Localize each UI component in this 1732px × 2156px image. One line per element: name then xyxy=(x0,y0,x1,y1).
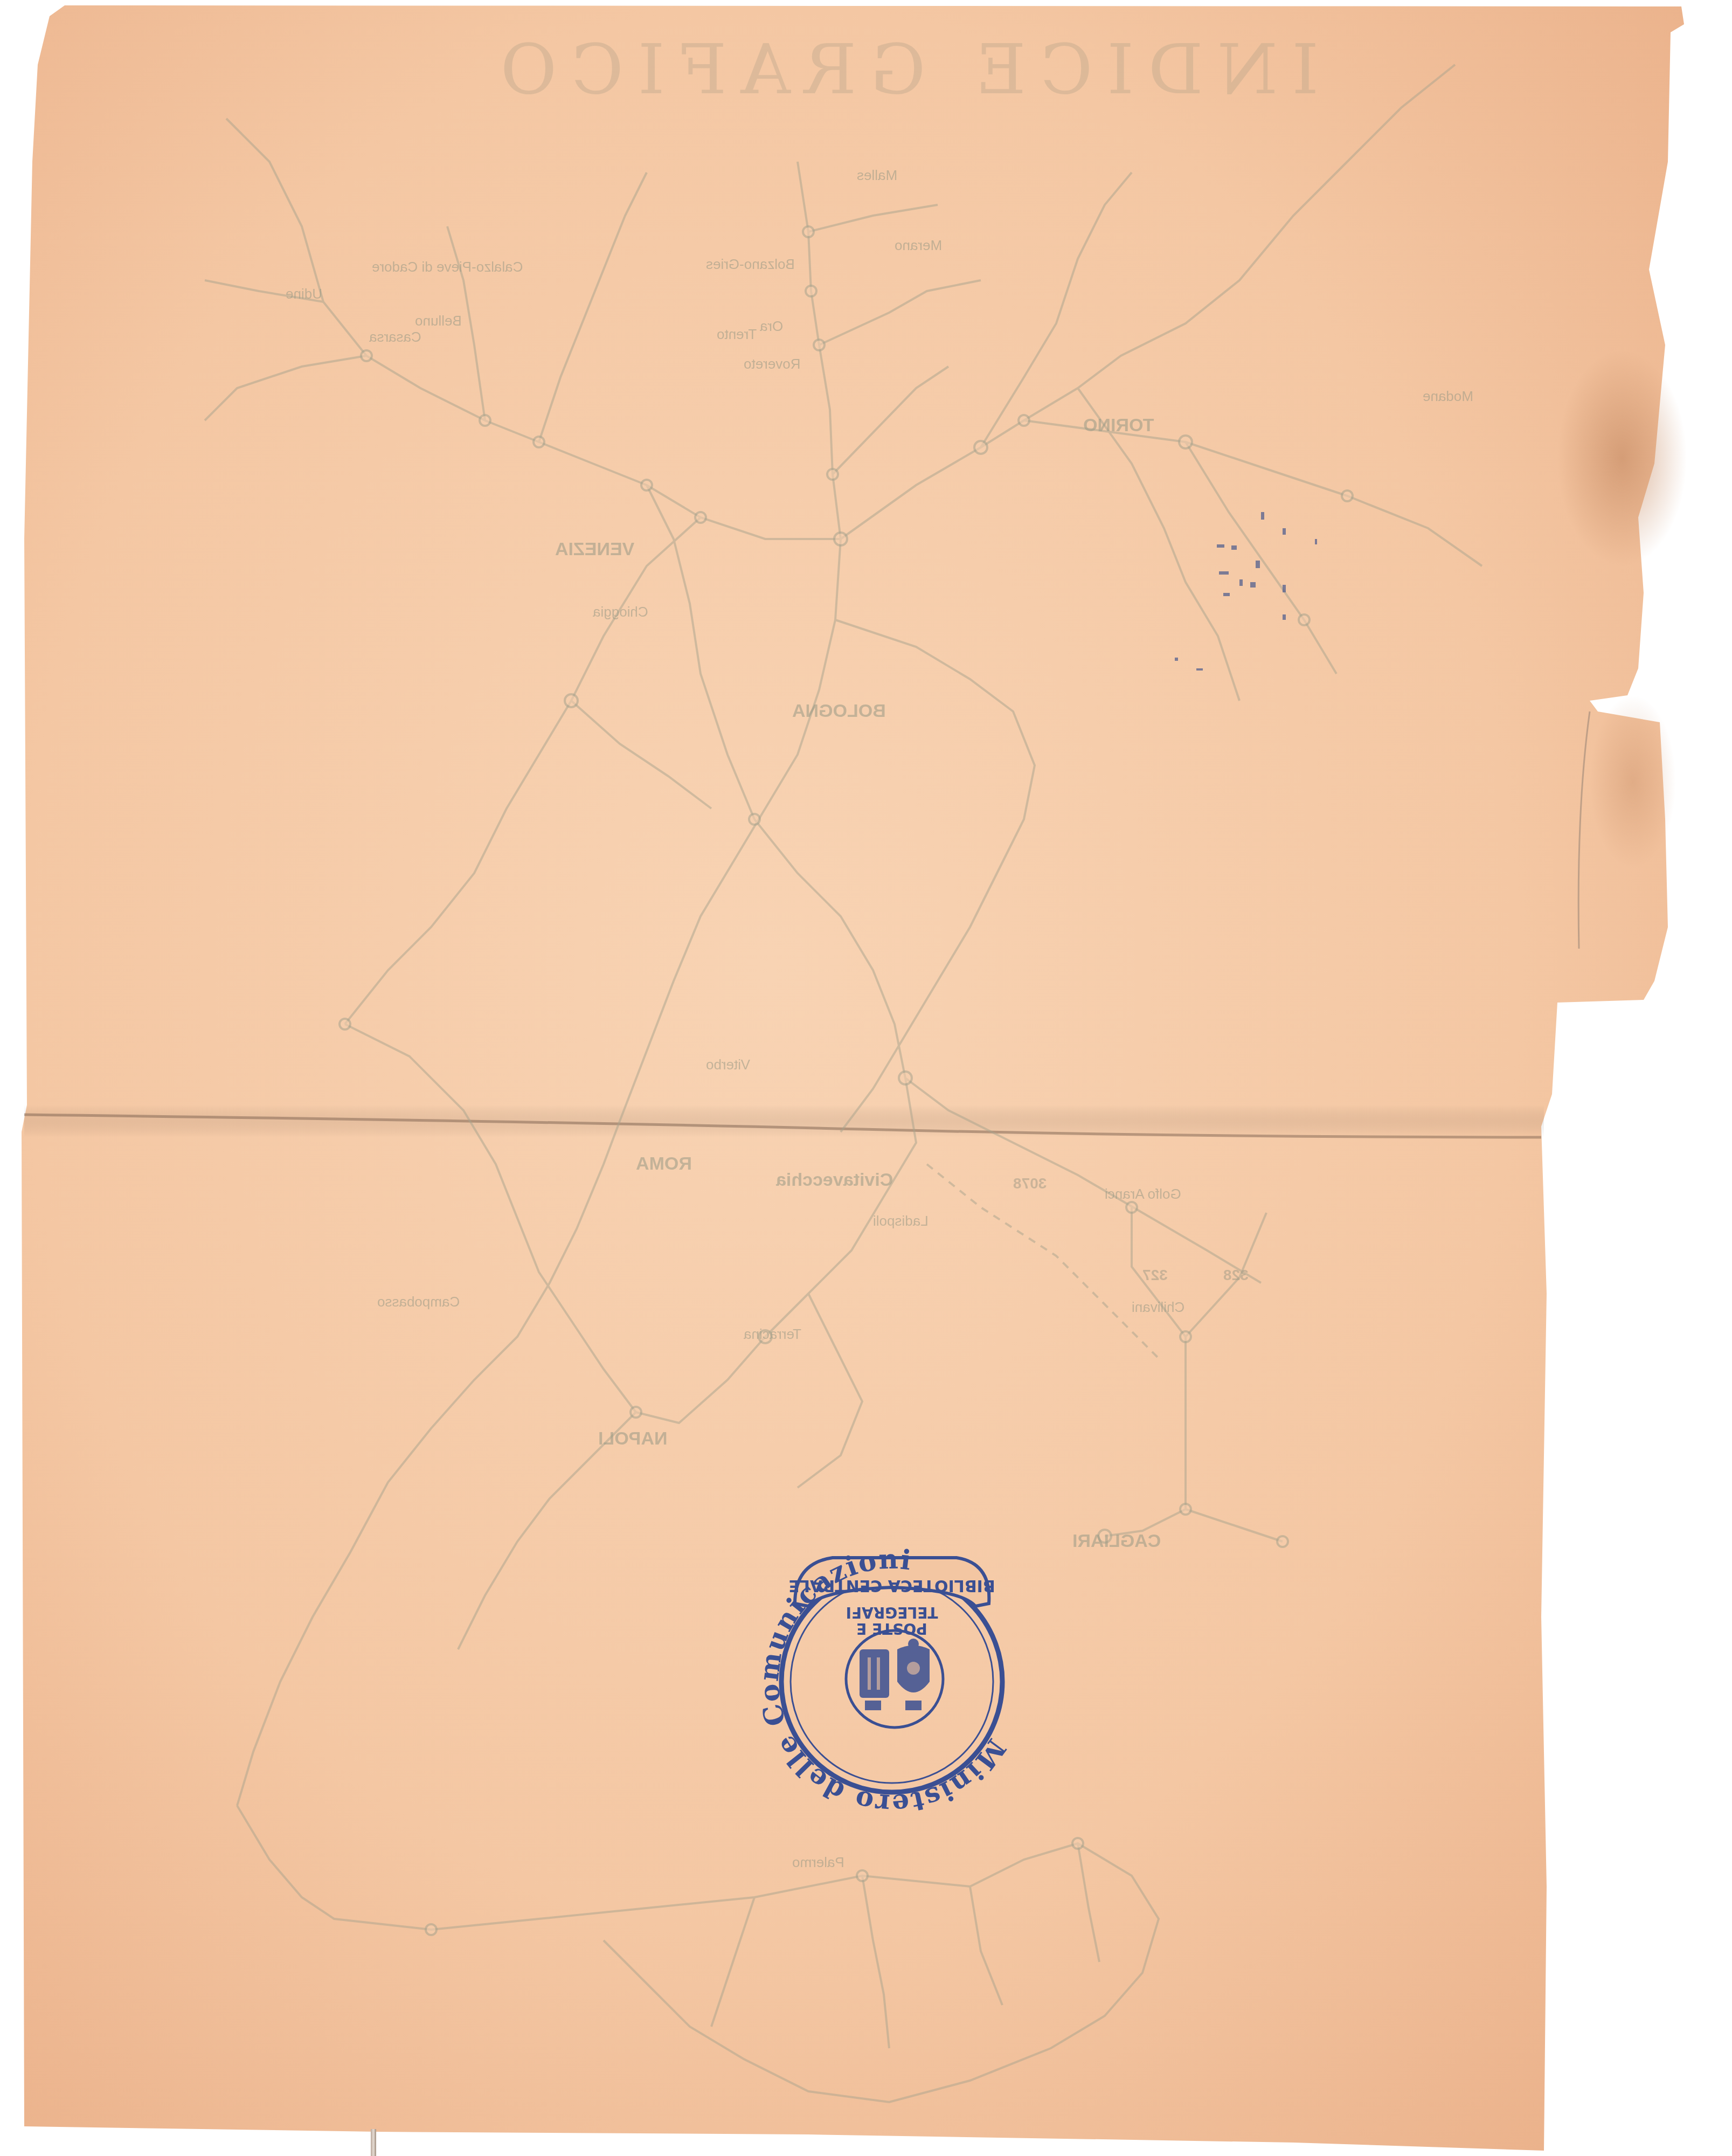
paper-svg xyxy=(0,0,1732,2156)
map-label: Calalzo-Pieve di Cadore xyxy=(372,259,523,275)
mounting-rod xyxy=(371,2129,376,2156)
bleed-through-title: INDICE GRAFICO xyxy=(458,32,1347,108)
map-label: ROMA xyxy=(636,1153,692,1174)
stamp-inner-text: POSTE E TELEGRAFI xyxy=(846,1604,938,1637)
map-label: BOLOGNA xyxy=(792,701,886,722)
map-label: Campobasso xyxy=(377,1294,460,1310)
map-label: Merano xyxy=(895,237,942,254)
map-label: Modane xyxy=(1423,388,1473,405)
map-label: Malles xyxy=(857,167,897,184)
map-label: Belluno xyxy=(415,313,462,329)
map-label: Rovereto xyxy=(744,356,801,372)
map-label: NAPOLI xyxy=(598,1428,667,1449)
map-label: VENEZIA xyxy=(555,539,634,560)
map-label: Palermo xyxy=(792,1854,844,1871)
svg-text:TELEGRAFI: TELEGRAFI xyxy=(846,1604,938,1621)
water-stain xyxy=(1590,695,1676,868)
map-label: Trento xyxy=(717,326,757,343)
map-label: Civitavecchia xyxy=(776,1170,893,1191)
map-label: Ladispoli xyxy=(873,1213,929,1229)
map-label: Udine xyxy=(286,286,322,302)
svg-text:POSTE E: POSTE E xyxy=(856,1620,927,1637)
map-label: TORINO xyxy=(1083,415,1154,436)
water-stain xyxy=(1557,350,1687,566)
fold-shadow xyxy=(24,1105,1544,1137)
library-stamp: BIBLIOTECA CENTRALE POSTE E TELEGRAFI Mi… xyxy=(763,1542,1021,1811)
map-label: Bolzano-Gries xyxy=(706,256,795,273)
map-label: Chioggia xyxy=(593,604,648,620)
map-label: Ora xyxy=(760,318,783,335)
map-label: CAGLIARI xyxy=(1072,1531,1161,1552)
document-sheet: INDICE GRAFICO Malles Merano Bolzano-Gri… xyxy=(0,0,1732,2156)
map-label: Terracina xyxy=(744,1326,801,1343)
map-label: Golfo Aranci xyxy=(1105,1186,1181,1203)
map-label: Viterbo xyxy=(706,1056,750,1073)
map-number: 3078 xyxy=(1013,1175,1047,1192)
map-label: Chilivani xyxy=(1132,1299,1184,1316)
paper-shape xyxy=(22,5,1684,2151)
map-number: 328 xyxy=(1223,1267,1249,1284)
map-number: 327 xyxy=(1142,1267,1168,1284)
map-label: Casarsa xyxy=(369,329,421,345)
